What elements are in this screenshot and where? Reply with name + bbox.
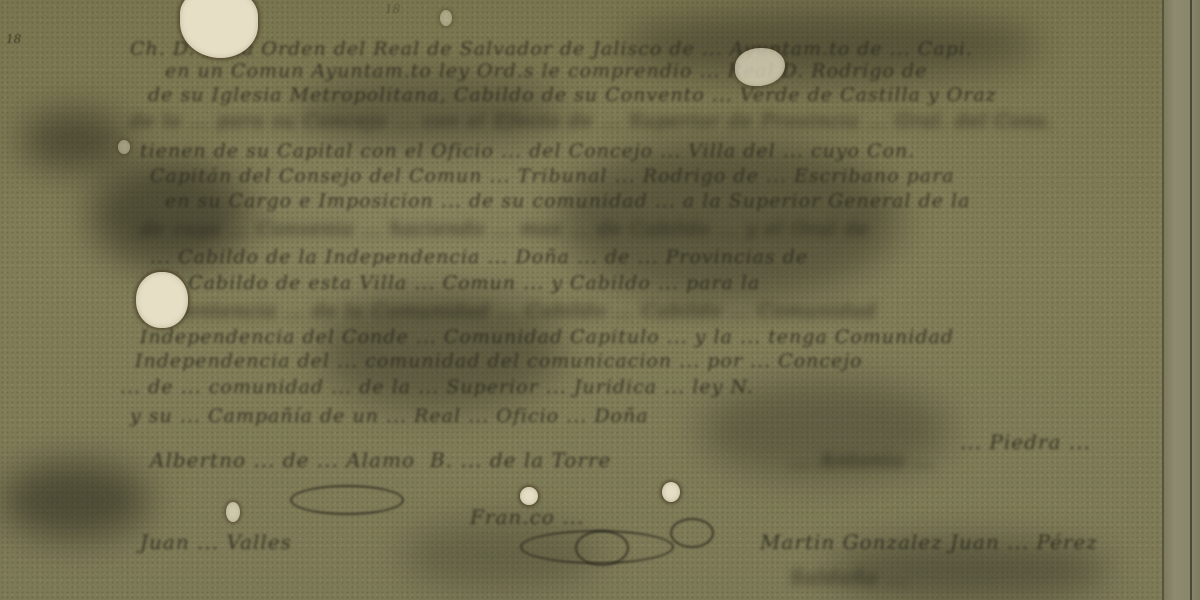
paper-hole [440,10,452,26]
script-line: de cuya ... Convenia ... haciendo ... ma… [140,218,870,240]
signature: Albertno ... de ... Alamo [150,448,415,472]
paper-mount-edge [1162,0,1200,600]
signature: ... Antonio ... [790,448,935,472]
script-line: ... Cabildo de esta Villa ... Comun ... … [160,272,760,294]
script-line: ... de ... comunidad ... de la ... Super… [120,376,754,398]
signature-flourish [290,485,404,515]
paper-hole [520,487,538,505]
script-line: Independencia del Conde ... Comunidad Ca… [140,326,954,348]
signature: Fran.co ... [470,505,584,529]
script-line: en su Cargo e Imposicion ... de su comun… [165,190,970,212]
paper-hole [136,272,188,328]
paper-hole [118,140,130,154]
script-line: Capitán del Consejo del Comun ... Tribun… [150,165,955,187]
signature: Martin Gonzalez [760,530,943,554]
signature-flourish [670,518,714,548]
script-line: de la ... para su Concejo ... con el Efe… [130,110,1054,132]
script-line: tienen de su Capital con el Oficio ... d… [140,140,915,162]
script-line: de Sentencia ... de la Comunidad ... Cab… [140,300,877,322]
signature: Saldaña ... [790,565,908,589]
manuscript-photo: 18 18 Ch. D. de la Orden del Real de Sal… [0,0,1200,600]
signature: Juan ... Valles [140,530,292,554]
paper-hole [226,502,240,522]
signature: Juan ... Pérez [950,530,1098,554]
script-line: Ch. D. de la Orden del Real de Salvador … [130,38,973,60]
mount-rule-line [1190,0,1192,600]
script-line: Independencia del ... comunidad del comu… [135,350,863,372]
script-line: de su Iglesia Metropolitana, Cabildo de … [148,84,997,106]
script-line: en un Comun Ayuntam.to ley Ord.s le comp… [165,60,927,82]
script-line: ... Cabildo de la Independencia ... Doña… [150,246,808,268]
signature: B. ... de la Torre [430,448,611,472]
script-line: y su ... Campañía de un ... Real ... Ofi… [130,405,649,427]
signature: ... Piedra ... [960,430,1091,454]
signature-flourish [575,530,629,566]
paper-hole [662,482,680,502]
